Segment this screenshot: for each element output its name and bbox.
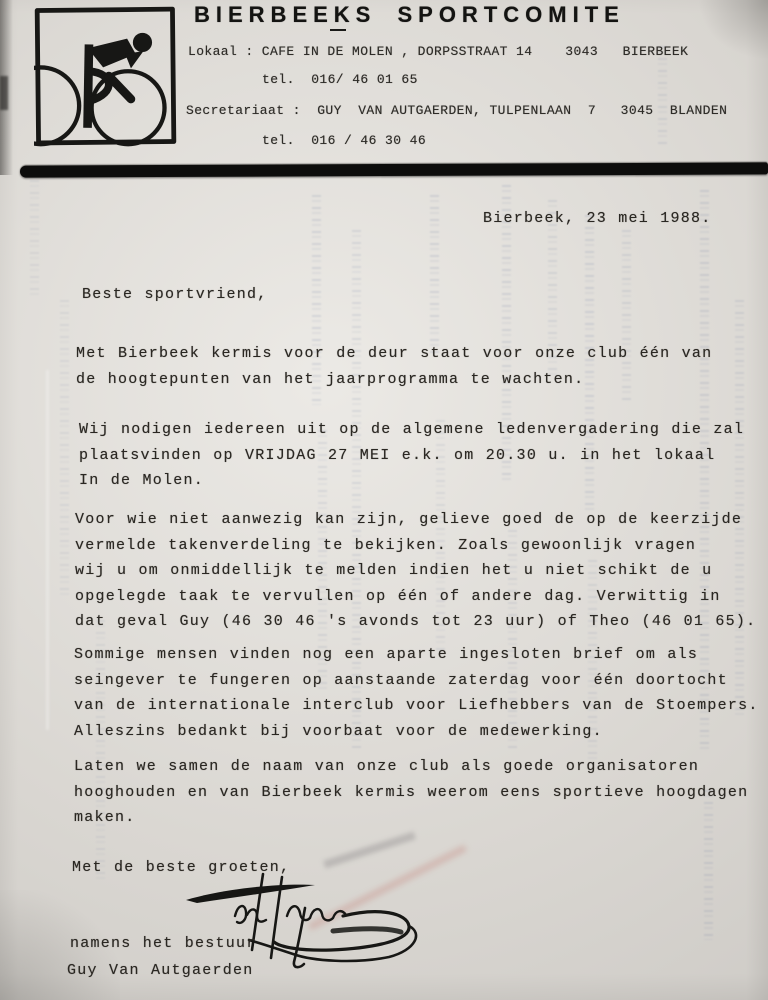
ink-bleed-through	[658, 46, 667, 146]
text-line: Alleszins bedankt bij voorbaat voor de m…	[74, 719, 759, 745]
signoff-role: namens het bestuur	[70, 931, 257, 957]
scan-edge-notch	[0, 76, 8, 110]
scanned-letter-page: BIERBEEKS SPORTCOMITE Lokaal : CAFE IN D…	[0, 0, 768, 1000]
text-line: Wij nodigen iedereen uit op de algemene …	[79, 417, 744, 443]
letterhead-title: BIERBEEKS SPORTCOMITE	[194, 2, 625, 28]
date-line: Bierbeek, 23 mei 1988.	[483, 206, 712, 232]
body-paragraph-5: Laten we samen de naam van onze club als…	[74, 754, 748, 831]
text-line: Met Bierbeek kermis voor de deur staat v…	[76, 341, 712, 367]
ink-bleed-through	[30, 180, 39, 300]
text-line: In de Molen.	[79, 468, 744, 494]
text-line: Sommige mensen vinden nog een aparte ing…	[74, 642, 759, 668]
body-paragraph-4: Sommige mensen vinden nog een aparte ing…	[74, 642, 759, 744]
text-line: dat geval Guy (46 30 46 's avonds tot 23…	[75, 609, 756, 635]
text-line: plaatsvinden op VRIJDAG 27 MEI e.k. om 2…	[79, 443, 744, 469]
body-paragraph-1: Met Bierbeek kermis voor de deur staat v…	[76, 341, 712, 392]
ink-bleed-through	[430, 195, 439, 355]
salutation: Beste sportvriend,	[82, 282, 268, 308]
body-paragraph-2: Wij nodigen iedereen uit op de algemene …	[79, 417, 744, 494]
corner-shading	[698, 0, 768, 60]
letterhead-phone-1: tel. 016/ 46 01 65	[262, 72, 418, 87]
signoff-name: Guy Van Autgaerden	[67, 958, 254, 984]
text-line: seingever te fungeren op aanstaande zate…	[74, 668, 759, 694]
text-line: maken.	[74, 805, 748, 831]
letterhead-secretariaat-line: Secretariaat : GUY VAN AUTGAERDEN, TULPE…	[186, 103, 727, 118]
text-line: opgelegde taak te vervullen op één of an…	[75, 584, 756, 610]
text-line: vermelde takenverdeling te bekijken. Zoa…	[75, 533, 756, 559]
text-line: de hoogtepunten van het jaarprogramma te…	[76, 367, 712, 393]
club-logo	[34, 6, 178, 148]
scan-smudge	[323, 832, 416, 869]
text-line: hooghouden en van Bierbeek kermis weerom…	[74, 780, 748, 806]
cyclist-icon	[34, 6, 178, 148]
paper-fold-line	[46, 370, 49, 730]
text-line: Laten we samen de naam van onze club als…	[74, 754, 748, 780]
ink-bleed-through	[60, 300, 69, 600]
text-line: van de internationale interclub voor Lie…	[74, 693, 759, 719]
text-line: wij u om onmiddellijk te melden indien h…	[75, 558, 756, 584]
text-line: Voor wie niet aanwezig kan zijn, gelieve…	[75, 507, 756, 533]
divider-rule	[20, 162, 768, 177]
body-paragraph-3: Voor wie niet aanwezig kan zijn, gelieve…	[75, 507, 756, 635]
typo-underline-mark	[330, 29, 346, 31]
letterhead-phone-2: tel. 016 / 46 30 46	[262, 133, 426, 148]
letterhead-lokaal-line: Lokaal : CAFE IN DE MOLEN , DORPSSTRAAT …	[188, 44, 688, 59]
handwritten-signature	[183, 870, 435, 972]
